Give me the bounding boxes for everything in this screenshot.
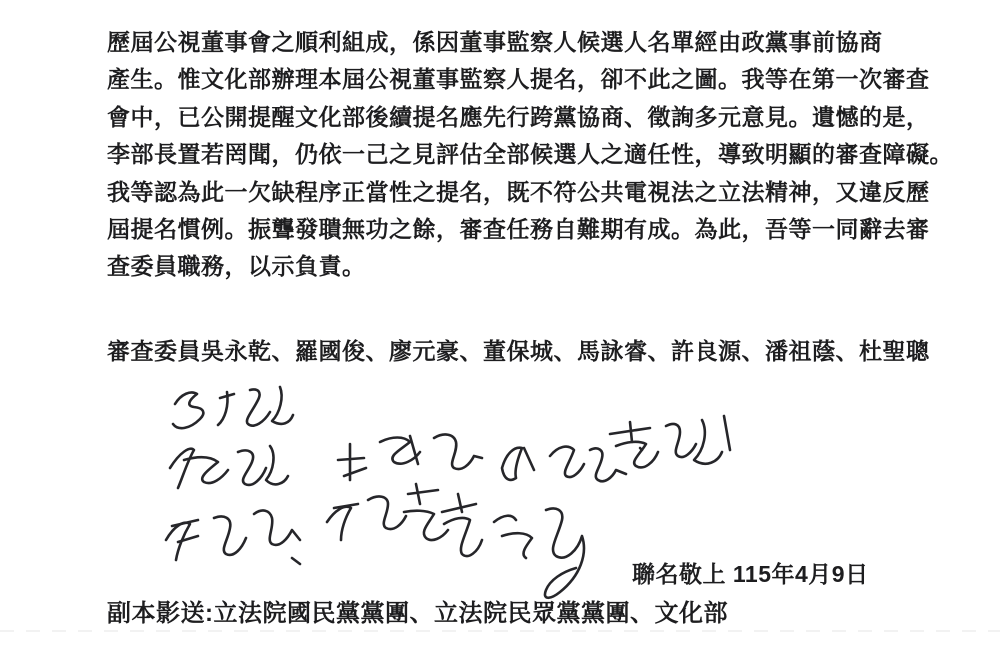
scanned-letter-page: 歷屆公視董事會之順利組成，係因董事監察人候選人名單經由政黨事前協商 產生。惟文化… [0,0,1000,667]
signature-ma-yung-jui [170,446,288,488]
scan-artifact-line [0,630,1000,632]
committee-members-line: 審查委員吳永乾、羅國俊、廖元豪、董保城、馬詠睿、許良源、潘祖蔭、杜聖聰 [107,333,930,366]
paragraph-line-6: 屆提名慣例。振聾發聵無功之餘，審查任務自難期有成。為此，吾等一同辭去審 [107,211,937,248]
signature-pan-tsu-yin [327,484,448,540]
cc-line: 副本影送:立法院國民黨黨團、立法院民眾黨黨團、文化部 [107,593,728,628]
signature-liao-yuan-hao [442,494,584,598]
paragraph-line-7: 查委員職務，以示負責。 [107,248,937,285]
signature-tung-pao-cheng [610,416,730,467]
signature-hsu-liang-yuan [166,511,300,564]
paragraph-line-2: 產生。惟文化部辦理本屆公視董事監察人提名，卻不此之圖。我等在第一次審查 [107,61,937,98]
paragraph-line-3: 會中，已公開提醒文化部後續提名應先行跨黨協商、徵詢多元意見。遺憾的是， [107,99,937,136]
paragraph-line-5: 我等認為此一欠缺程序正當性之提名，既不符公共電視法之立法精神，又違反歷 [107,174,937,211]
signature-tu-sheng-tsung [338,435,482,480]
closing-line: 聯名敬上 115年4月9日 [632,556,869,589]
signature-wu-yung-chien [173,387,293,428]
body-paragraph: 歷屆公視董事會之順利組成，係因董事監察人候選人名單經由政黨事前協商 產生。惟文化… [107,24,937,286]
paragraph-line-1: 歷屆公視董事會之順利組成，係因董事監察人候選人名單經由政黨事前協商 [107,24,937,61]
paragraph-line-4: 李部長置若罔聞，仍依一己之見評估全部候選人之適任性，導致明顯的審查障礙。 [107,136,937,173]
signature-lo-kuo-chun [502,447,642,482]
